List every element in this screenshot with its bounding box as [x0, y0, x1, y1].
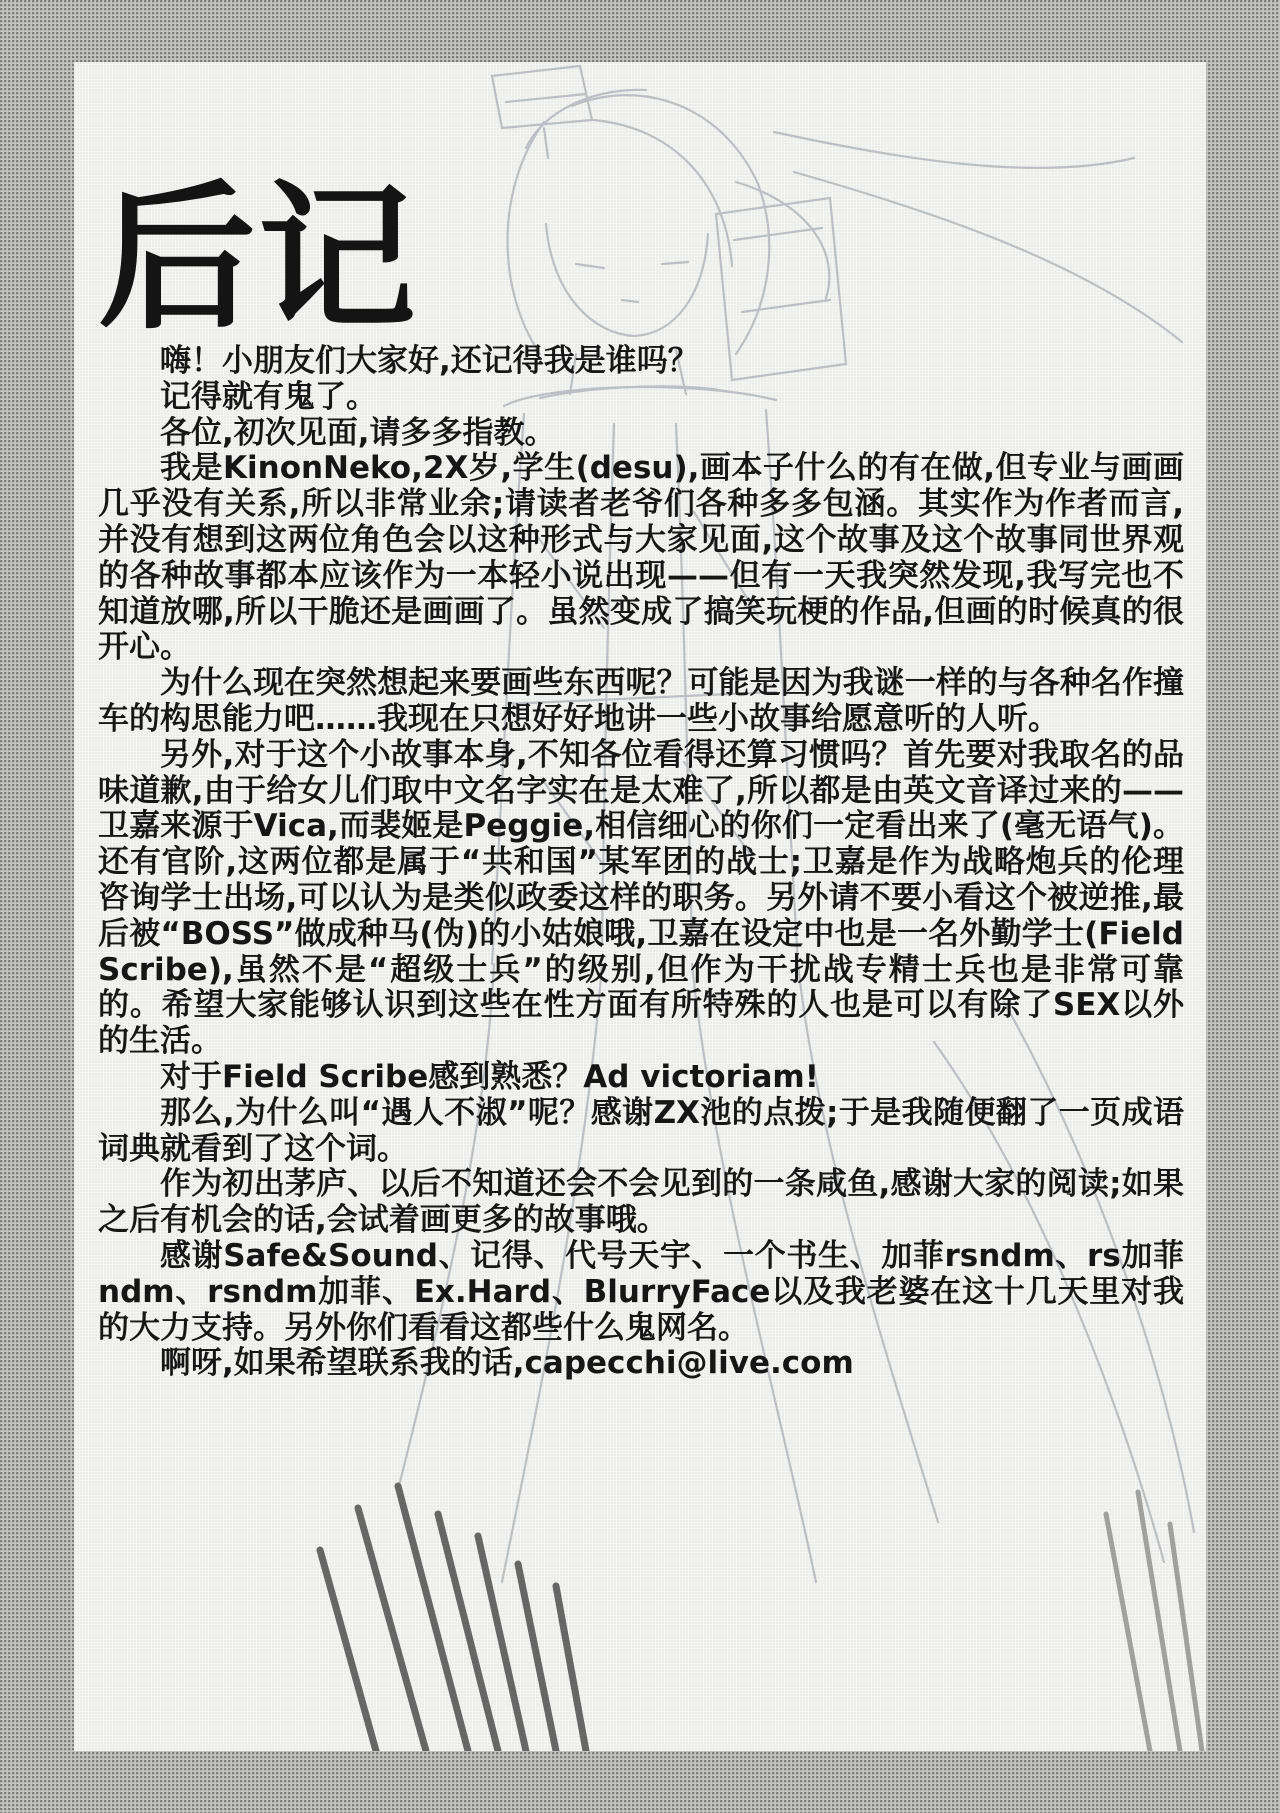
- page-frame: 后记 嗨！小朋友们大家好,还记得我是谁吗？记得就有鬼了。各位,初次见面,请多多指…: [0, 0, 1280, 1813]
- body-text: 嗨！小朋友们大家好,还记得我是谁吗？记得就有鬼了。各位,初次见面,请多多指教。我…: [98, 344, 1184, 1382]
- paragraph: 感谢Safe&Sound、记得、代号天宇、一个书生、加菲rsndm、rs加菲nd…: [98, 1239, 1184, 1346]
- paragraph: 记得就有鬼了。: [98, 380, 1184, 416]
- paragraph: 另外,对于这个小故事本身,不知各位看得还算习惯吗？首先要对我取名的品味道歉,由于…: [98, 738, 1184, 1060]
- paragraph: 嗨！小朋友们大家好,还记得我是谁吗？: [98, 344, 1184, 380]
- paragraph: 作为初出茅庐、以后不知道还会不会见到的一条咸鱼,感谢大家的阅读;如果之后有机会的…: [98, 1167, 1184, 1239]
- paragraph: 啊呀,如果希望联系我的话,capecchi@live.com: [98, 1346, 1184, 1382]
- paragraph: 我是KinonNeko,2X岁,学生(desu),画本子什么的有在做,但专业与画…: [98, 451, 1184, 666]
- paragraph: 各位,初次见面,请多多指教。: [98, 416, 1184, 452]
- paragraph: 对于Field Scribe感到熟悉？Ad victoriam!: [98, 1060, 1184, 1096]
- page-title: 后记: [98, 180, 1184, 338]
- afterword-page: 后记 嗨！小朋友们大家好,还记得我是谁吗？记得就有鬼了。各位,初次见面,请多多指…: [74, 62, 1206, 1751]
- page-content: 后记 嗨！小朋友们大家好,还记得我是谁吗？记得就有鬼了。各位,初次见面,请多多指…: [74, 180, 1206, 1382]
- paragraph: 那么,为什么叫“遇人不淑”呢？感谢ZX池的点拨;于是我随便翻了一页成语词典就看到…: [98, 1096, 1184, 1168]
- paragraph: 为什么现在突然想起来要画些东西呢？可能是因为我谜一样的与各种名作撞车的构思能力吧…: [98, 666, 1184, 738]
